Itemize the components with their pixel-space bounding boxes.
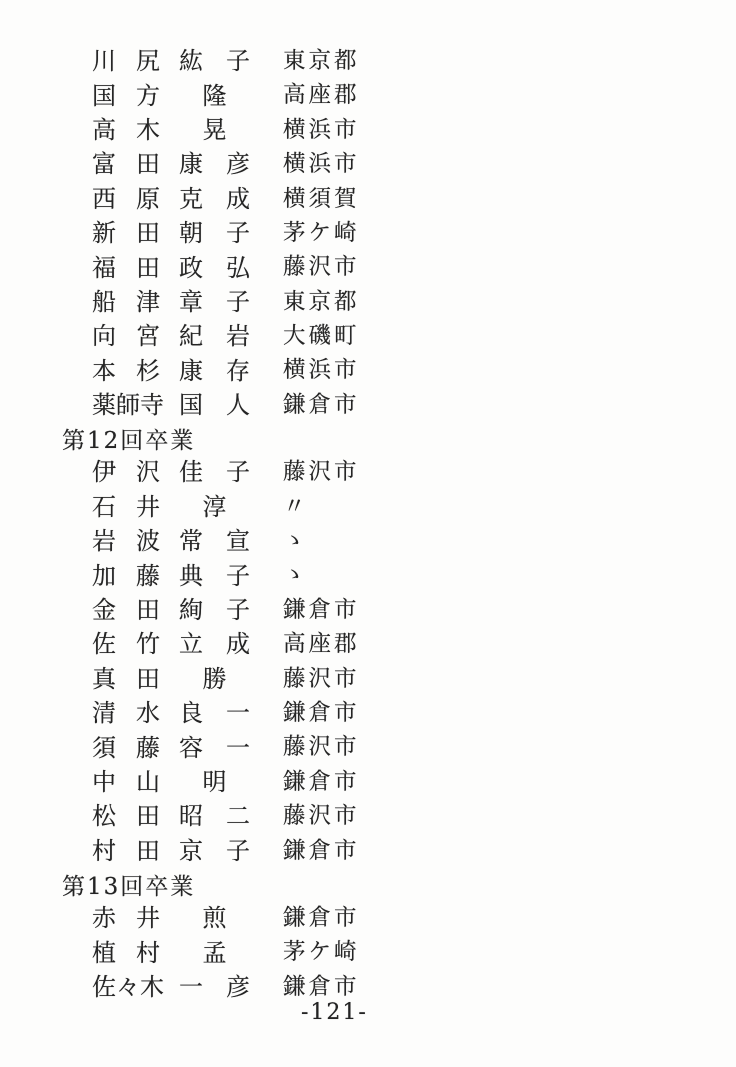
given-name-char: 克 <box>179 187 203 211</box>
roster-row: 石井淳〃 <box>92 490 652 524</box>
location: 藤沢市 <box>283 461 360 484</box>
given-name-char: 康 <box>179 152 203 176</box>
given-name-char: 章 <box>179 290 203 314</box>
roster-row: 薬師寺国人鎌倉市 <box>92 388 652 422</box>
given-name: 康存 <box>179 359 250 383</box>
roster-row: 福田政弘藤沢市 <box>92 250 652 284</box>
surname-char: 川 <box>92 49 116 73</box>
roster-row: 清水良一鎌倉市 <box>92 696 652 730</box>
surname: 高木 <box>92 118 160 142</box>
given-name-char: 岩 <box>226 324 250 348</box>
given-name: 国人 <box>179 393 250 417</box>
location: 藤沢市 <box>283 805 360 828</box>
given-name-char: 絢 <box>179 598 203 622</box>
surname-char: 田 <box>136 839 160 863</box>
name-block: 新田朝子 <box>92 221 250 245</box>
name-block: 岩波常宣 <box>92 529 250 553</box>
surname-char: 佐 <box>92 975 116 999</box>
given-name-char: 国 <box>179 393 203 417</box>
given-name: 容一 <box>179 736 250 760</box>
given-name-char: 子 <box>226 221 250 245</box>
given-name-char: 子 <box>226 839 250 863</box>
roster-row: 佐々木一彦鎌倉市 <box>92 970 652 1004</box>
given-name: 克成 <box>179 187 250 211</box>
given-name-char: 人 <box>226 393 250 417</box>
given-name: 良一 <box>179 701 250 725</box>
given-name: 康彦 <box>179 152 250 176</box>
given-name: 政弘 <box>179 256 250 280</box>
given-name-char: 子 <box>226 460 250 484</box>
roster-row: 真田勝藤沢市 <box>92 662 652 696</box>
name-block: 加藤典子 <box>92 564 250 588</box>
given-name-char: 容 <box>179 736 203 760</box>
location: 鎌倉市 <box>283 840 360 863</box>
surname: 植村 <box>92 941 160 965</box>
given-name-char: 晃 <box>203 118 227 142</box>
roster-row: 中山明鎌倉市 <box>92 765 652 799</box>
roster-row: 伊沢佳子藤沢市 <box>92 455 652 489</box>
surname-char: 沢 <box>136 460 160 484</box>
location: 鎌倉市 <box>283 702 360 725</box>
roster-row: 佐竹立成高座郡 <box>92 627 652 661</box>
location: 高座郡 <box>283 84 360 107</box>
surname-char: 高 <box>92 118 116 142</box>
given-name: 常宣 <box>179 529 250 553</box>
surname-char: 田 <box>136 256 160 280</box>
roster-row: 本杉康存横浜市 <box>92 354 652 388</box>
roster: 川尻紘子東京都国方隆高座郡高木晃横浜市富田康彦横浜市西原克成横須賀新田朝子茅ケ崎… <box>92 44 652 1004</box>
surname: 中山 <box>92 770 160 794</box>
location: 東京都 <box>283 50 360 73</box>
surname: 伊沢 <box>92 460 160 484</box>
given-name-char: 昭 <box>179 804 203 828</box>
location: 鎌倉市 <box>283 771 360 794</box>
given-name: 紘子 <box>179 49 250 73</box>
given-name-char: 京 <box>179 839 203 863</box>
location: 藤沢市 <box>283 668 360 691</box>
given-name-char: 彦 <box>226 152 250 176</box>
roster-row: 新田朝子茅ケ崎 <box>92 216 652 250</box>
surname: 松田 <box>92 804 160 828</box>
surname: 赤井 <box>92 906 160 930</box>
given-name-char: 子 <box>226 598 250 622</box>
surname-char: 水 <box>136 701 160 725</box>
location: ゝ <box>283 564 309 587</box>
surname: 岩波 <box>92 529 160 553</box>
surname: 新田 <box>92 221 160 245</box>
location: 鎌倉市 <box>283 599 360 622</box>
given-name: 淳 <box>179 495 250 519</box>
name-block: 金田絢子 <box>92 598 250 622</box>
location: 大磯町 <box>283 325 360 348</box>
location: 藤沢市 <box>283 256 360 279</box>
given-name-char: 存 <box>226 359 250 383</box>
surname-char: 金 <box>92 598 116 622</box>
surname: 清水 <box>92 701 160 725</box>
location: 藤沢市 <box>283 736 360 759</box>
location: ゝ <box>283 530 309 553</box>
surname: 船津 <box>92 290 160 314</box>
roster-row: 金田絢子鎌倉市 <box>92 593 652 627</box>
name-block: 薬師寺国人 <box>92 393 250 417</box>
given-name-char: 明 <box>203 770 227 794</box>
surname-char: 竹 <box>136 632 160 656</box>
given-name-char: 一 <box>179 975 203 999</box>
surname-char: 田 <box>136 667 160 691</box>
surname-char: 寺 <box>140 393 164 417</box>
surname-char: 村 <box>136 941 160 965</box>
given-name: 章子 <box>179 290 250 314</box>
surname-char: 須 <box>92 736 116 760</box>
given-name: 一彦 <box>179 975 250 999</box>
surname-char: 伊 <box>92 460 116 484</box>
surname-char: 木 <box>136 118 160 142</box>
name-block: 船津章子 <box>92 290 250 314</box>
surname-char: 本 <box>92 359 116 383</box>
surname-char: 清 <box>92 701 116 725</box>
roster-row: 国方隆高座郡 <box>92 78 652 112</box>
given-name-char: 子 <box>226 49 250 73</box>
surname: 須藤 <box>92 736 160 760</box>
roster-row: 向宮紀岩大磯町 <box>92 319 652 353</box>
given-name-char: 紀 <box>179 324 203 348</box>
surname: 真田 <box>92 667 160 691</box>
location: 横浜市 <box>283 119 360 142</box>
given-name-char: 紘 <box>179 49 203 73</box>
given-name-char: 成 <box>226 187 250 211</box>
surname: 富田 <box>92 152 160 176</box>
location: 茅ケ崎 <box>283 941 360 964</box>
given-name: 紀岩 <box>179 324 250 348</box>
given-name: 晃 <box>179 118 250 142</box>
surname: 国方 <box>92 84 160 108</box>
surname-char: 国 <box>92 84 116 108</box>
surname-char: 薬 <box>92 393 116 417</box>
name-block: 福田政弘 <box>92 256 250 280</box>
name-block: 植村孟 <box>92 941 250 965</box>
surname-char: 井 <box>136 495 160 519</box>
given-name-char: 一 <box>226 701 250 725</box>
name-block: 川尻紘子 <box>92 49 250 73</box>
surname-char: 中 <box>92 770 116 794</box>
given-name: 朝子 <box>179 221 250 245</box>
given-name-char: 立 <box>179 632 203 656</box>
roster-row: 船津章子東京都 <box>92 285 652 319</box>
surname-char: 方 <box>136 84 160 108</box>
surname: 向宮 <box>92 324 160 348</box>
given-name: 昭二 <box>179 804 250 828</box>
surname-char: 西 <box>92 187 116 211</box>
surname-char: 松 <box>92 804 116 828</box>
name-block: 中山明 <box>92 770 250 794</box>
roster-row: 高木晃横浜市 <box>92 113 652 147</box>
location: 鎌倉市 <box>283 976 360 999</box>
location: 高座郡 <box>283 633 360 656</box>
location: 横浜市 <box>283 153 360 176</box>
section-header: 第12回卒業 <box>62 422 652 455</box>
given-name-char: 彦 <box>226 975 250 999</box>
surname-char: 木 <box>140 975 164 999</box>
location: 横須賀 <box>283 188 360 211</box>
surname-char: 々 <box>116 975 140 999</box>
name-block: 佐々木一彦 <box>92 975 250 999</box>
given-name-char: 淳 <box>203 495 227 519</box>
surname: 川尻 <box>92 49 160 73</box>
name-block: 向宮紀岩 <box>92 324 250 348</box>
surname-char: 田 <box>136 152 160 176</box>
section-header: 第13回卒業 <box>62 868 652 901</box>
given-name-char: 政 <box>179 256 203 280</box>
roster-row: 岩波常宣ゝ <box>92 524 652 558</box>
given-name-char: 朝 <box>179 221 203 245</box>
given-name: 絢子 <box>179 598 250 622</box>
given-name-char: 隆 <box>203 84 227 108</box>
surname-char: 藤 <box>136 564 160 588</box>
name-block: 赤井煎 <box>92 906 250 930</box>
given-name-char: 勝 <box>203 667 227 691</box>
given-name-char: 佳 <box>179 460 203 484</box>
given-name-char: 弘 <box>226 256 250 280</box>
given-name-char: 宣 <box>226 529 250 553</box>
name-block: 清水良一 <box>92 701 250 725</box>
given-name: 京子 <box>179 839 250 863</box>
surname: 加藤 <box>92 564 160 588</box>
surname-char: 宮 <box>136 324 160 348</box>
given-name-char: 良 <box>179 701 203 725</box>
surname: 西原 <box>92 187 160 211</box>
roster-row: 川尻紘子東京都 <box>92 44 652 78</box>
scanned-document-page: 川尻紘子東京都国方隆高座郡高木晃横浜市富田康彦横浜市西原克成横須賀新田朝子茅ケ崎… <box>0 0 736 1067</box>
surname-char: 師 <box>116 393 140 417</box>
location: 横浜市 <box>283 359 360 382</box>
roster-row: 松田昭二藤沢市 <box>92 799 652 833</box>
roster-row: 須藤容一藤沢市 <box>92 730 652 764</box>
given-name-char: 常 <box>179 529 203 553</box>
location: 〃 <box>283 496 309 519</box>
surname-char: 向 <box>92 324 116 348</box>
name-block: 松田昭二 <box>92 804 250 828</box>
roster-row: 西原克成横須賀 <box>92 182 652 216</box>
roster-row: 植村孟茅ケ崎 <box>92 935 652 969</box>
name-block: 西原克成 <box>92 187 250 211</box>
name-block: 伊沢佳子 <box>92 460 250 484</box>
given-name: 勝 <box>179 667 250 691</box>
given-name-char: 典 <box>179 564 203 588</box>
surname: 石井 <box>92 495 160 519</box>
given-name-char: 子 <box>226 290 250 314</box>
surname-char: 杉 <box>136 359 160 383</box>
given-name-char: 二 <box>226 804 250 828</box>
location: 鎌倉市 <box>283 394 360 417</box>
name-block: 本杉康存 <box>92 359 250 383</box>
given-name-char: 子 <box>226 564 250 588</box>
name-block: 須藤容一 <box>92 736 250 760</box>
name-block: 真田勝 <box>92 667 250 691</box>
given-name: 佳子 <box>179 460 250 484</box>
surname-char: 佐 <box>92 632 116 656</box>
surname-char: 富 <box>92 152 116 176</box>
given-name: 煎 <box>179 906 250 930</box>
surname-char: 村 <box>92 839 116 863</box>
name-block: 国方隆 <box>92 84 250 108</box>
surname: 福田 <box>92 256 160 280</box>
name-block: 村田京子 <box>92 839 250 863</box>
surname-char: 岩 <box>92 529 116 553</box>
surname-char: 真 <box>92 667 116 691</box>
surname-char: 赤 <box>92 906 116 930</box>
location: 東京都 <box>283 291 360 314</box>
given-name: 立成 <box>179 632 250 656</box>
roster-row: 村田京子鎌倉市 <box>92 834 652 868</box>
given-name: 典子 <box>179 564 250 588</box>
page-number: -121- <box>301 1000 368 1025</box>
roster-row: 加藤典子ゝ <box>92 558 652 592</box>
given-name-char: 煎 <box>203 906 227 930</box>
surname-char: 波 <box>136 529 160 553</box>
surname-char: 石 <box>92 495 116 519</box>
surname-char: 田 <box>136 221 160 245</box>
surname-char: 田 <box>136 598 160 622</box>
given-name: 明 <box>179 770 250 794</box>
location: 鎌倉市 <box>283 907 360 930</box>
surname: 薬師寺 <box>92 393 160 417</box>
given-name-char: 康 <box>179 359 203 383</box>
surname: 村田 <box>92 839 160 863</box>
given-name-char: 孟 <box>203 941 227 965</box>
surname-char: 加 <box>92 564 116 588</box>
surname-char: 津 <box>136 290 160 314</box>
surname: 佐竹 <box>92 632 160 656</box>
roster-row: 赤井煎鎌倉市 <box>92 901 652 935</box>
given-name-char: 成 <box>226 632 250 656</box>
surname-char: 尻 <box>136 49 160 73</box>
surname-char: 田 <box>136 804 160 828</box>
surname-char: 新 <box>92 221 116 245</box>
given-name-char: 一 <box>226 736 250 760</box>
location: 茅ケ崎 <box>283 222 360 245</box>
surname-char: 藤 <box>136 736 160 760</box>
name-block: 石井淳 <box>92 495 250 519</box>
surname-char: 船 <box>92 290 116 314</box>
surname-char: 井 <box>136 906 160 930</box>
surname-char: 植 <box>92 941 116 965</box>
surname-char: 山 <box>136 770 160 794</box>
given-name: 孟 <box>179 941 250 965</box>
surname: 佐々木 <box>92 975 160 999</box>
name-block: 佐竹立成 <box>92 632 250 656</box>
surname-char: 原 <box>136 187 160 211</box>
given-name: 隆 <box>179 84 250 108</box>
name-block: 富田康彦 <box>92 152 250 176</box>
name-block: 高木晃 <box>92 118 250 142</box>
surname: 金田 <box>92 598 160 622</box>
surname: 本杉 <box>92 359 160 383</box>
surname-char: 福 <box>92 256 116 280</box>
roster-row: 富田康彦横浜市 <box>92 147 652 181</box>
